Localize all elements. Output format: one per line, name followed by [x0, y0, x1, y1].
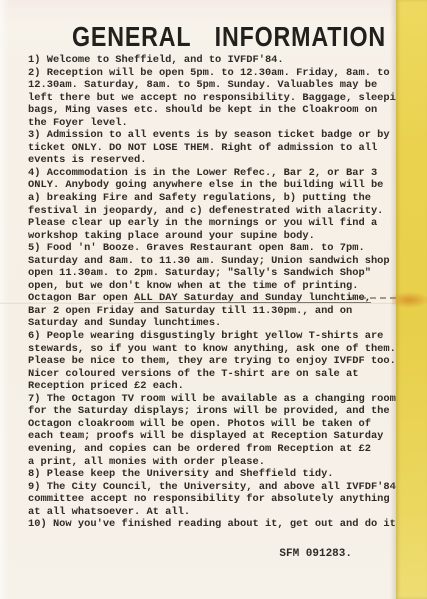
info-item-9: 9) The City Council, the University, and…: [28, 481, 418, 519]
info-item-5: 5) Food 'n' Booze. Graves Restaurant ope…: [28, 242, 418, 330]
info-item-3: 3) Admission to all events is by season …: [28, 129, 418, 167]
info-item-1: 1) Welcome to Sheffield, and to IVFDF'84…: [28, 54, 418, 67]
info-item-6: 6) People wearing disgustingly bright ye…: [28, 330, 418, 393]
info-item-7: 7) The Octagon TV room will be available…: [28, 393, 418, 468]
paper-left-edge: [0, 0, 9, 599]
yellow-backing-strip: [396, 0, 427, 599]
page-title: GENERALINFORMATION: [72, 21, 386, 53]
document-reference-code: SFM 091283.: [0, 548, 352, 560]
info-list: 1) Welcome to Sheffield, and to IVFDF'84…: [28, 54, 418, 531]
info-item-10: 10) Now you've finished reading about it…: [28, 518, 418, 531]
paper-sheet: GENERALINFORMATION 1) Welcome to Sheffie…: [0, 0, 396, 599]
info-item-4: 4) Accommodation is in the Lower Refec.,…: [28, 167, 418, 242]
fold-crease-line: [0, 301, 396, 304]
info-item-2: 2) Reception will be open 5pm. to 12.30a…: [28, 67, 418, 130]
info-item-5-text-post: Bar 2 open Friday and Saturday till 11.3…: [28, 305, 352, 330]
page-title-word-2: INFORMATION: [215, 21, 386, 52]
crease-smudge-mark: [392, 292, 427, 308]
scanned-document: GENERALINFORMATION 1) Welcome to Sheffie…: [0, 0, 427, 599]
page-title-word-1: GENERAL: [72, 21, 191, 52]
info-item-8: 8) Please keep the University and Sheffi…: [28, 468, 418, 481]
